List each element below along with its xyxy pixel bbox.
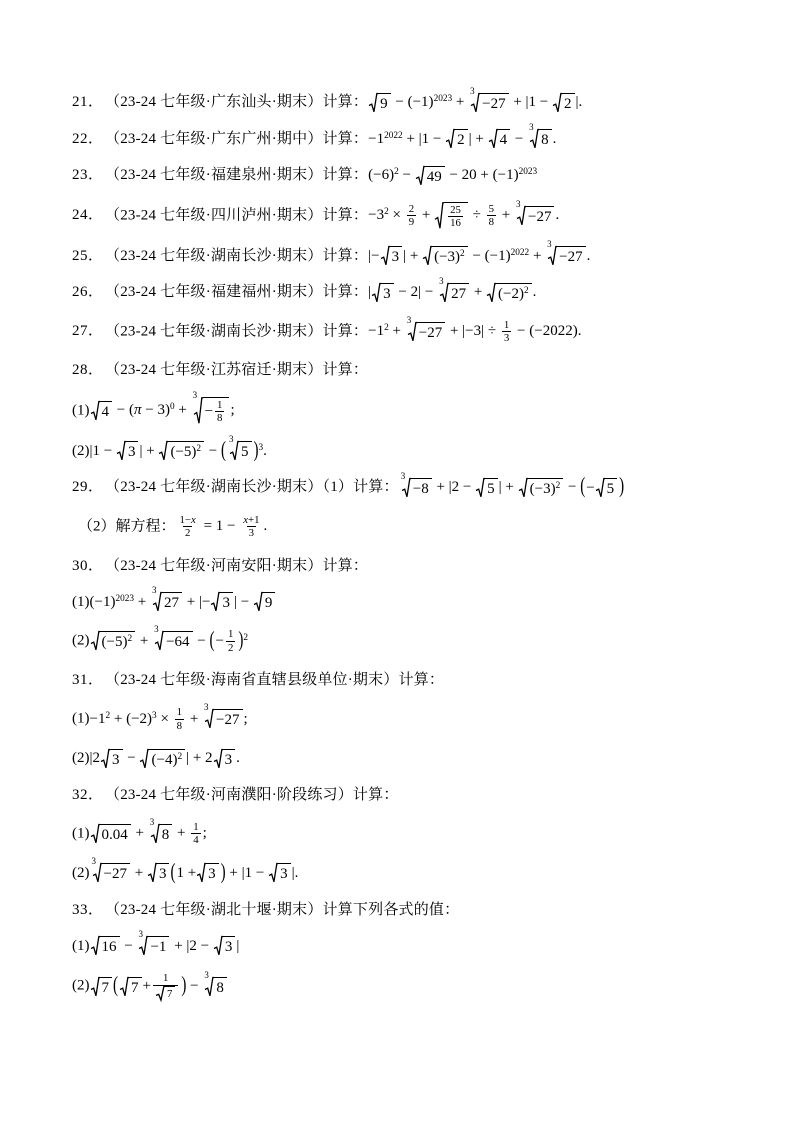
fraction: 18 xyxy=(215,399,224,425)
subpart-math: |23 − (−4)2| + 23. xyxy=(90,750,240,766)
big-parens: 35 xyxy=(221,441,259,461)
radical-sign-icon xyxy=(269,863,278,883)
problem-item: 29．（23-24 七年级·湖南长沙·期末）（1）计算：3−8 + |2 − 5… xyxy=(72,477,723,540)
square-root: 3 xyxy=(148,863,170,883)
radical-sign-icon xyxy=(148,863,157,883)
square-root: 7 xyxy=(91,977,113,997)
cube-root: 3−27 xyxy=(471,93,508,113)
problem-item: 28．（23-24 七年级·江苏宿迁·期末）计算：(1)4 − (π − 3)0… xyxy=(72,360,723,461)
problem-item: 31．（23-24 七年级·海南省直辖县级单位·期末）计算：(1)−12 + (… xyxy=(72,670,723,769)
fraction: x+13 xyxy=(241,514,261,540)
radical-sign-icon xyxy=(519,478,528,498)
problem-number: 30． xyxy=(72,556,105,576)
problem-number: 32． xyxy=(72,785,105,805)
radical-sign-icon xyxy=(155,631,164,651)
problem-source: （23-24 七年级·河南安阳·期末）计算： xyxy=(105,558,368,574)
cube-root: 327 xyxy=(153,592,182,612)
problem-item: 26．（23-24 七年级·福建福州·期末）计算：|3 − 2| − 327 +… xyxy=(72,282,723,303)
fraction: 2516 xyxy=(448,204,463,230)
subpart-math: (−1)2023 + 327 + |−3| − 9 xyxy=(90,594,277,610)
document-page: 21．（23-24 七年级·广东汕头·期末）计算：9 − (−1)2023 + … xyxy=(0,0,793,1122)
problem-number: 28． xyxy=(72,360,105,380)
radical-sign-icon xyxy=(230,441,239,461)
square-root: 0.04 xyxy=(91,824,131,844)
square-root: 16 xyxy=(91,936,120,956)
square-root: 3 xyxy=(197,863,219,883)
problem-number: 22． xyxy=(72,129,105,149)
radical-sign-icon xyxy=(446,129,455,149)
square-root: 9 xyxy=(254,592,276,612)
square-root: 5 xyxy=(596,478,618,498)
subpart-math: 1−x2 = 1 − x+13. xyxy=(176,518,268,534)
square-root: (−4)2 xyxy=(140,749,185,769)
big-parens: −5 xyxy=(580,478,624,498)
problem-head: 31．（23-24 七年级·海南省直辖县级单位·期末）计算： xyxy=(72,670,723,690)
problem-head: 23．（23-24 七年级·福建泉州·期末）计算：(−6)2 − 49 − 20… xyxy=(72,165,723,186)
square-root: 2516 xyxy=(435,202,468,230)
fraction: 58 xyxy=(487,203,496,229)
problem-source: （23-24 七年级·湖北十堰·期末）计算下列各式的值： xyxy=(105,902,459,918)
radical-sign-icon xyxy=(117,441,126,461)
problem-item: 24．（23-24 七年级·四川泸州·期末）计算：−32 × 29 + 2516… xyxy=(72,202,723,230)
radical-sign-icon xyxy=(596,478,605,498)
problem-subpart: （2）解方程：1−x2 = 1 − x+13. xyxy=(72,514,723,540)
square-root: (−3)2 xyxy=(423,246,468,266)
problem-math: −12 + 3−27 + |−3| ÷ 13 − (−2022). xyxy=(368,323,581,339)
problem-head: 25．（23-24 七年级·湖南长沙·期末）计算：|−3| + (−3)2 − … xyxy=(72,246,723,267)
problem-subpart: (2)|23 − (−4)2| + 23. xyxy=(72,748,723,769)
radical-sign-icon xyxy=(476,478,485,498)
cube-root: 3−27 xyxy=(517,206,554,226)
square-root: (−5)2 xyxy=(159,441,204,461)
radical-sign-icon xyxy=(214,749,223,769)
square-root: 5 xyxy=(476,478,498,498)
fraction: 12 xyxy=(226,628,235,654)
fraction: 17 xyxy=(153,972,178,1000)
cube-root: 3−27 xyxy=(93,863,130,883)
radical-sign-icon xyxy=(120,977,129,997)
fraction: 13 xyxy=(502,319,511,345)
subpart-label: (1) xyxy=(72,938,90,954)
square-root: (−5)2 xyxy=(91,631,136,651)
problem-source: （23-24 七年级·福建福州·期末）计算： xyxy=(105,284,368,300)
radical-sign-icon xyxy=(91,936,100,956)
radical-sign-icon xyxy=(553,93,562,113)
radical-sign-icon xyxy=(211,592,220,612)
square-root: 3 xyxy=(381,246,403,266)
cube-root: 3−64 xyxy=(155,631,192,651)
radical-sign-icon xyxy=(140,749,149,769)
radical-sign-icon xyxy=(197,863,206,883)
problem-source: （23-24 七年级·河南濮阳·阶段练习）计算： xyxy=(105,787,399,803)
problem-number: 24． xyxy=(72,205,105,225)
cube-root: 3−18 xyxy=(194,397,230,425)
radical-sign-icon xyxy=(471,93,480,113)
problem-math: −12022 + |1 − 2| + 4 − 38. xyxy=(368,131,556,147)
problem-head: 28．（23-24 七年级·江苏宿迁·期末）计算： xyxy=(72,360,723,380)
cube-root: 3−1 xyxy=(139,936,169,956)
problem-subpart: (2)77 + 17 − 38 xyxy=(72,972,723,1000)
problem-head: 32．（23-24 七年级·河南濮阳·阶段练习）计算： xyxy=(72,785,723,805)
radical-sign-icon xyxy=(151,824,160,844)
square-root: 2 xyxy=(446,129,468,149)
problem-math: −32 × 29 + 2516 ÷ 58 + 3−27. xyxy=(368,207,559,223)
square-root: (−3)2 xyxy=(519,478,564,498)
problem-head: 27．（23-24 七年级·湖南长沙·期末）计算：−12 + 3−27 + |−… xyxy=(72,319,723,345)
problem-number: 25． xyxy=(72,246,105,266)
problem-source: （23-24 七年级·福建泉州·期末）计算： xyxy=(105,167,368,183)
problem-source: （23-24 七年级·四川泸州·期末）计算： xyxy=(105,207,368,223)
subpart-label: (2) xyxy=(72,443,90,459)
subpart-math: (−5)2 + 3−64 − −122 xyxy=(90,633,249,649)
square-root: 7 xyxy=(156,986,175,1001)
problem-head: 22．（23-24 七年级·广东广州·期中）计算：−12022 + |1 − 2… xyxy=(72,129,723,150)
square-root: 3 xyxy=(214,749,236,769)
radical-sign-icon xyxy=(91,977,100,997)
problem-subpart: (2)(−5)2 + 3−64 − −122 xyxy=(72,628,723,654)
fraction: 14 xyxy=(191,821,200,847)
big-parens: 7 + 17 xyxy=(113,972,186,1000)
subpart-math: 77 + 17 − 38 xyxy=(90,978,228,994)
subpart-math: 0.04 + 38 + 14; xyxy=(90,825,207,841)
problem-math: (−6)2 − 49 − 20 + (−1)2023 xyxy=(368,167,537,183)
problem-source: （23-24 七年级·广东汕头·期末）计算： xyxy=(105,94,368,110)
square-root: 3 xyxy=(117,441,139,461)
radical-sign-icon xyxy=(487,283,496,303)
square-root: 3 xyxy=(214,936,236,956)
subpart-math: 16 − 3−1 + |2 − 3| xyxy=(90,938,240,954)
cube-root: 38 xyxy=(205,977,227,997)
problem-source: （23-24 七年级·广东广州·期中）计算： xyxy=(105,131,368,147)
problem-item: 23．（23-24 七年级·福建泉州·期末）计算：(−6)2 − 49 − 20… xyxy=(72,165,723,186)
subpart-label: (1) xyxy=(72,402,90,418)
radical-sign-icon xyxy=(254,592,263,612)
problem-math: 3−8 + |2 − 5| + (−3)2 − −5 xyxy=(399,479,624,495)
problem-item: 25．（23-24 七年级·湖南长沙·期末）计算：|−3| + (−3)2 − … xyxy=(72,246,723,267)
problem-number: 26． xyxy=(72,282,105,302)
subpart-label: (2) xyxy=(72,633,90,649)
radical-sign-icon xyxy=(214,936,223,956)
fraction: 1−x2 xyxy=(178,514,198,540)
problem-source: （23-24 七年级·江苏宿迁·期末）计算： xyxy=(105,362,368,378)
subpart-label: (2) xyxy=(72,865,90,881)
cube-root: 3−27 xyxy=(548,246,585,266)
radical-sign-icon xyxy=(416,166,425,186)
square-root: 3 xyxy=(211,592,233,612)
problem-subpart: (1)4 − (π − 3)0 + 3−18; xyxy=(72,397,723,425)
radical-sign-icon xyxy=(423,246,432,266)
problem-item: 33．（23-24 七年级·湖北十堰·期末）计算下列各式的值：(1)16 − 3… xyxy=(72,900,723,1001)
radical-sign-icon xyxy=(369,93,378,113)
problem-head: 33．（23-24 七年级·湖北十堰·期末）计算下列各式的值： xyxy=(72,900,723,920)
problem-number: 33． xyxy=(72,900,105,920)
problem-subpart: (1)(−1)2023 + 327 + |−3| − 9 xyxy=(72,592,723,613)
problem-math: |−3| + (−3)2 − (−1)2022 + 3−27. xyxy=(368,248,590,264)
square-root: 4 xyxy=(91,401,113,421)
square-root: 3 xyxy=(269,863,291,883)
problem-subpart: (1)−12 + (−2)3 × 18 + 3−27; xyxy=(72,706,723,732)
subpart-label: (1) xyxy=(72,594,90,610)
fraction: 29 xyxy=(407,203,416,229)
problem-number: 23． xyxy=(72,165,105,185)
problem-head: 29．（23-24 七年级·湖南长沙·期末）（1）计算：3−8 + |2 − 5… xyxy=(72,477,723,498)
radical-sign-icon xyxy=(139,936,148,956)
problem-source: （23-24 七年级·湖南长沙·期末）（1）计算： xyxy=(105,479,399,495)
radical-sign-icon xyxy=(381,246,390,266)
problem-subpart: (1)0.04 + 38 + 14; xyxy=(72,821,723,847)
radical-sign-icon xyxy=(153,592,162,612)
radical-sign-icon xyxy=(91,824,100,844)
problem-item: 21．（23-24 七年级·广东汕头·期末）计算：9 − (−1)2023 + … xyxy=(72,92,723,113)
problem-source: （23-24 七年级·湖南长沙·期末）计算： xyxy=(105,248,368,264)
radical-sign-icon xyxy=(548,246,557,266)
square-root: 9 xyxy=(369,93,391,113)
radical-sign-icon xyxy=(372,283,381,303)
radical-sign-icon xyxy=(402,478,411,498)
problem-head: 24．（23-24 七年级·四川泸州·期末）计算：−32 × 29 + 2516… xyxy=(72,202,723,230)
square-root: 2 xyxy=(553,93,575,113)
cube-root: 3−8 xyxy=(402,478,432,498)
problem-subpart: (2)|1 − 3| + (−5)2 − 353. xyxy=(72,441,723,462)
square-root: 3 xyxy=(372,283,394,303)
problem-math: |3 − 2| − 327 + (−2)2. xyxy=(368,284,536,300)
cube-root: 3−27 xyxy=(205,709,242,729)
subpart-math: −12 + (−2)3 × 18 + 3−27; xyxy=(90,711,248,727)
radical-sign-icon xyxy=(440,283,449,303)
square-root: 3 xyxy=(101,749,123,769)
square-root: (−2)2 xyxy=(487,283,532,303)
problem-item: 32．（23-24 七年级·河南濮阳·阶段练习）计算：(1)0.04 + 38 … xyxy=(72,785,723,884)
square-root: 7 xyxy=(120,977,142,997)
big-parens: −12 xyxy=(210,628,244,654)
big-parens: 1 + 3 xyxy=(170,863,225,883)
problem-source: （23-24 七年级·湖南长沙·期末）计算： xyxy=(105,323,368,339)
problem-item: 22．（23-24 七年级·广东广州·期中）计算：−12022 + |1 − 2… xyxy=(72,129,723,150)
problem-head: 21．（23-24 七年级·广东汕头·期末）计算：9 − (−1)2023 + … xyxy=(72,92,723,113)
radical-sign-icon xyxy=(205,977,214,997)
problem-item: 27．（23-24 七年级·湖南长沙·期末）计算：−12 + 3−27 + |−… xyxy=(72,319,723,345)
square-root: 4 xyxy=(489,129,511,149)
radical-sign-icon xyxy=(194,397,203,425)
subpart-math: 4 − (π − 3)0 + 3−18; xyxy=(90,402,235,418)
problem-number: 31． xyxy=(72,670,105,690)
radical-sign-icon xyxy=(530,129,539,149)
square-root: 49 xyxy=(416,166,445,186)
problem-number: 27． xyxy=(72,321,105,341)
problem-math: 9 − (−1)2023 + 3−27 + |1 − 2|. xyxy=(368,94,582,110)
radical-sign-icon xyxy=(489,129,498,149)
subpart-math: |1 − 3| + (−5)2 − 353. xyxy=(90,443,267,459)
subpart-label: (1) xyxy=(72,711,90,727)
subpart-label: (2) xyxy=(72,978,90,994)
radical-sign-icon xyxy=(408,322,417,342)
cube-root: 38 xyxy=(530,129,552,149)
subpart-label: (1) xyxy=(72,825,90,841)
problem-subpart: (1)16 − 3−1 + |2 − 3| xyxy=(72,936,723,957)
radical-sign-icon xyxy=(159,441,168,461)
radical-sign-icon xyxy=(91,631,100,651)
radical-sign-icon xyxy=(101,749,110,769)
problem-number: 29． xyxy=(72,477,105,497)
cube-root: 3−27 xyxy=(408,322,445,342)
radical-sign-icon xyxy=(435,202,444,230)
subpart-label: （2）解方程： xyxy=(78,518,176,534)
fraction: 18 xyxy=(175,706,184,732)
problem-head: 30．（23-24 七年级·河南安阳·期末）计算： xyxy=(72,556,723,576)
radical-sign-icon xyxy=(93,863,102,883)
subpart-label: (2) xyxy=(72,750,90,766)
radical-sign-icon xyxy=(156,986,165,1001)
problem-head: 26．（23-24 七年级·福建福州·期末）计算：|3 − 2| − 327 +… xyxy=(72,282,723,303)
subpart-math: 3−27 + 31 + 3 + |1 − 3|. xyxy=(90,865,299,881)
cube-root: 327 xyxy=(440,283,469,303)
problem-number: 21． xyxy=(72,92,105,112)
radical-sign-icon xyxy=(91,401,100,421)
cube-root: 35 xyxy=(230,441,252,461)
cube-root: 38 xyxy=(151,824,173,844)
problem-subpart: (2)3−27 + 31 + 3 + |1 − 3|. xyxy=(72,863,723,884)
radical-sign-icon xyxy=(205,709,214,729)
radical-sign-icon xyxy=(517,206,526,226)
problems-list: 21．（23-24 七年级·广东汕头·期末）计算：9 − (−1)2023 + … xyxy=(72,92,723,1001)
problem-item: 30．（23-24 七年级·河南安阳·期末）计算：(1)(−1)2023 + 3… xyxy=(72,556,723,655)
problem-source: （23-24 七年级·海南省直辖县级单位·期末）计算： xyxy=(105,672,444,688)
